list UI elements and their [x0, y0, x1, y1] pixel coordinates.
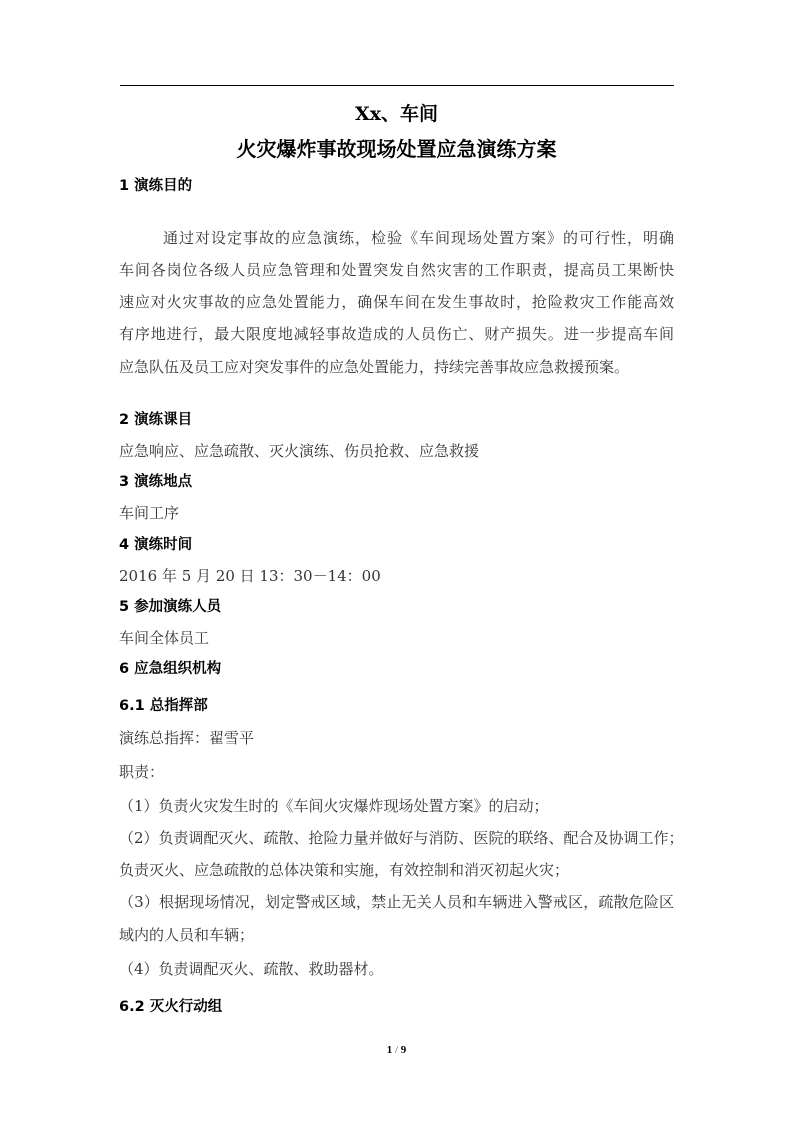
section-heading-6: 6 应急组织机构	[119, 659, 221, 679]
duty-item: （2）负责调配灭火、疏散、抢险力量并做好与消防、医院的联络、配合及协调工作；	[119, 828, 674, 848]
duty-item: （4）负责调配灭火、疏散、救助器材。	[119, 959, 384, 979]
section-heading-2: 2 演练课目	[119, 410, 192, 430]
duties-label: 职责：	[119, 762, 164, 782]
page-separator: /	[392, 1044, 401, 1056]
paragraph-line: 应急队伍及员工应对突发事件的应急处置能力，持续完善事故应急救援预案。	[119, 357, 629, 377]
paragraph-line: 通过对设定事故的应急演练，检验《车间现场处置方案》的可行性，明确	[163, 228, 674, 248]
commander-line: 演练总指挥：翟雪平	[119, 728, 254, 748]
paragraph-line: 车间各岗位各级人员应急管理和处置突发自然灾害的工作职责，提高员工果断快	[119, 260, 674, 280]
duty-item: （3）根据现场情况，划定警戒区域，禁止无关人员和车辆进入警戒区，疏散危险区	[119, 892, 674, 912]
page-number: 1 / 9	[0, 1044, 793, 1056]
section-3-content: 车间工序	[119, 503, 179, 523]
section-heading-4: 4 演练时间	[119, 535, 192, 555]
section-2-content: 应急响应、应急疏散、灭火演练、伤员抢救、应急救援	[119, 441, 479, 461]
document-title-line1: Xx、车间	[0, 102, 793, 126]
section-4-content: 2016 年 5 月 20 日 13：30－14：00	[119, 566, 381, 586]
duty-item: （1）负责火灾发生时的《车间火灾爆炸现场处置方案》的启动；	[119, 796, 549, 816]
section-heading-6-2: 6.2 灭火行动组	[119, 997, 222, 1017]
duty-item: 域内的人员和车辆；	[119, 925, 254, 945]
document-title-line2: 火灾爆炸事故现场处置应急演练方案	[0, 137, 793, 161]
paragraph-line: 速应对火灾事故的应急处置能力，确保车间在发生事故时，抢险救灾工作能高效	[119, 292, 674, 312]
header-rule	[120, 85, 674, 86]
paragraph-line: 有序地进行，最大限度地减轻事故造成的人员伤亡、财产损失。进一步提高车间	[119, 324, 674, 344]
section-heading-5: 5 参加演练人员	[119, 597, 221, 617]
section-heading-6-1: 6.1 总指挥部	[119, 696, 208, 716]
page-total: 9	[401, 1044, 407, 1056]
duty-item: 负责灭火、应急疏散的总体决策和实施，有效控制和消灭初起火灾；	[119, 860, 569, 880]
section-heading-3: 3 演练地点	[119, 472, 192, 492]
section-heading-1: 1 演练目的	[119, 176, 192, 196]
section-5-content: 车间全体员工	[119, 628, 209, 648]
